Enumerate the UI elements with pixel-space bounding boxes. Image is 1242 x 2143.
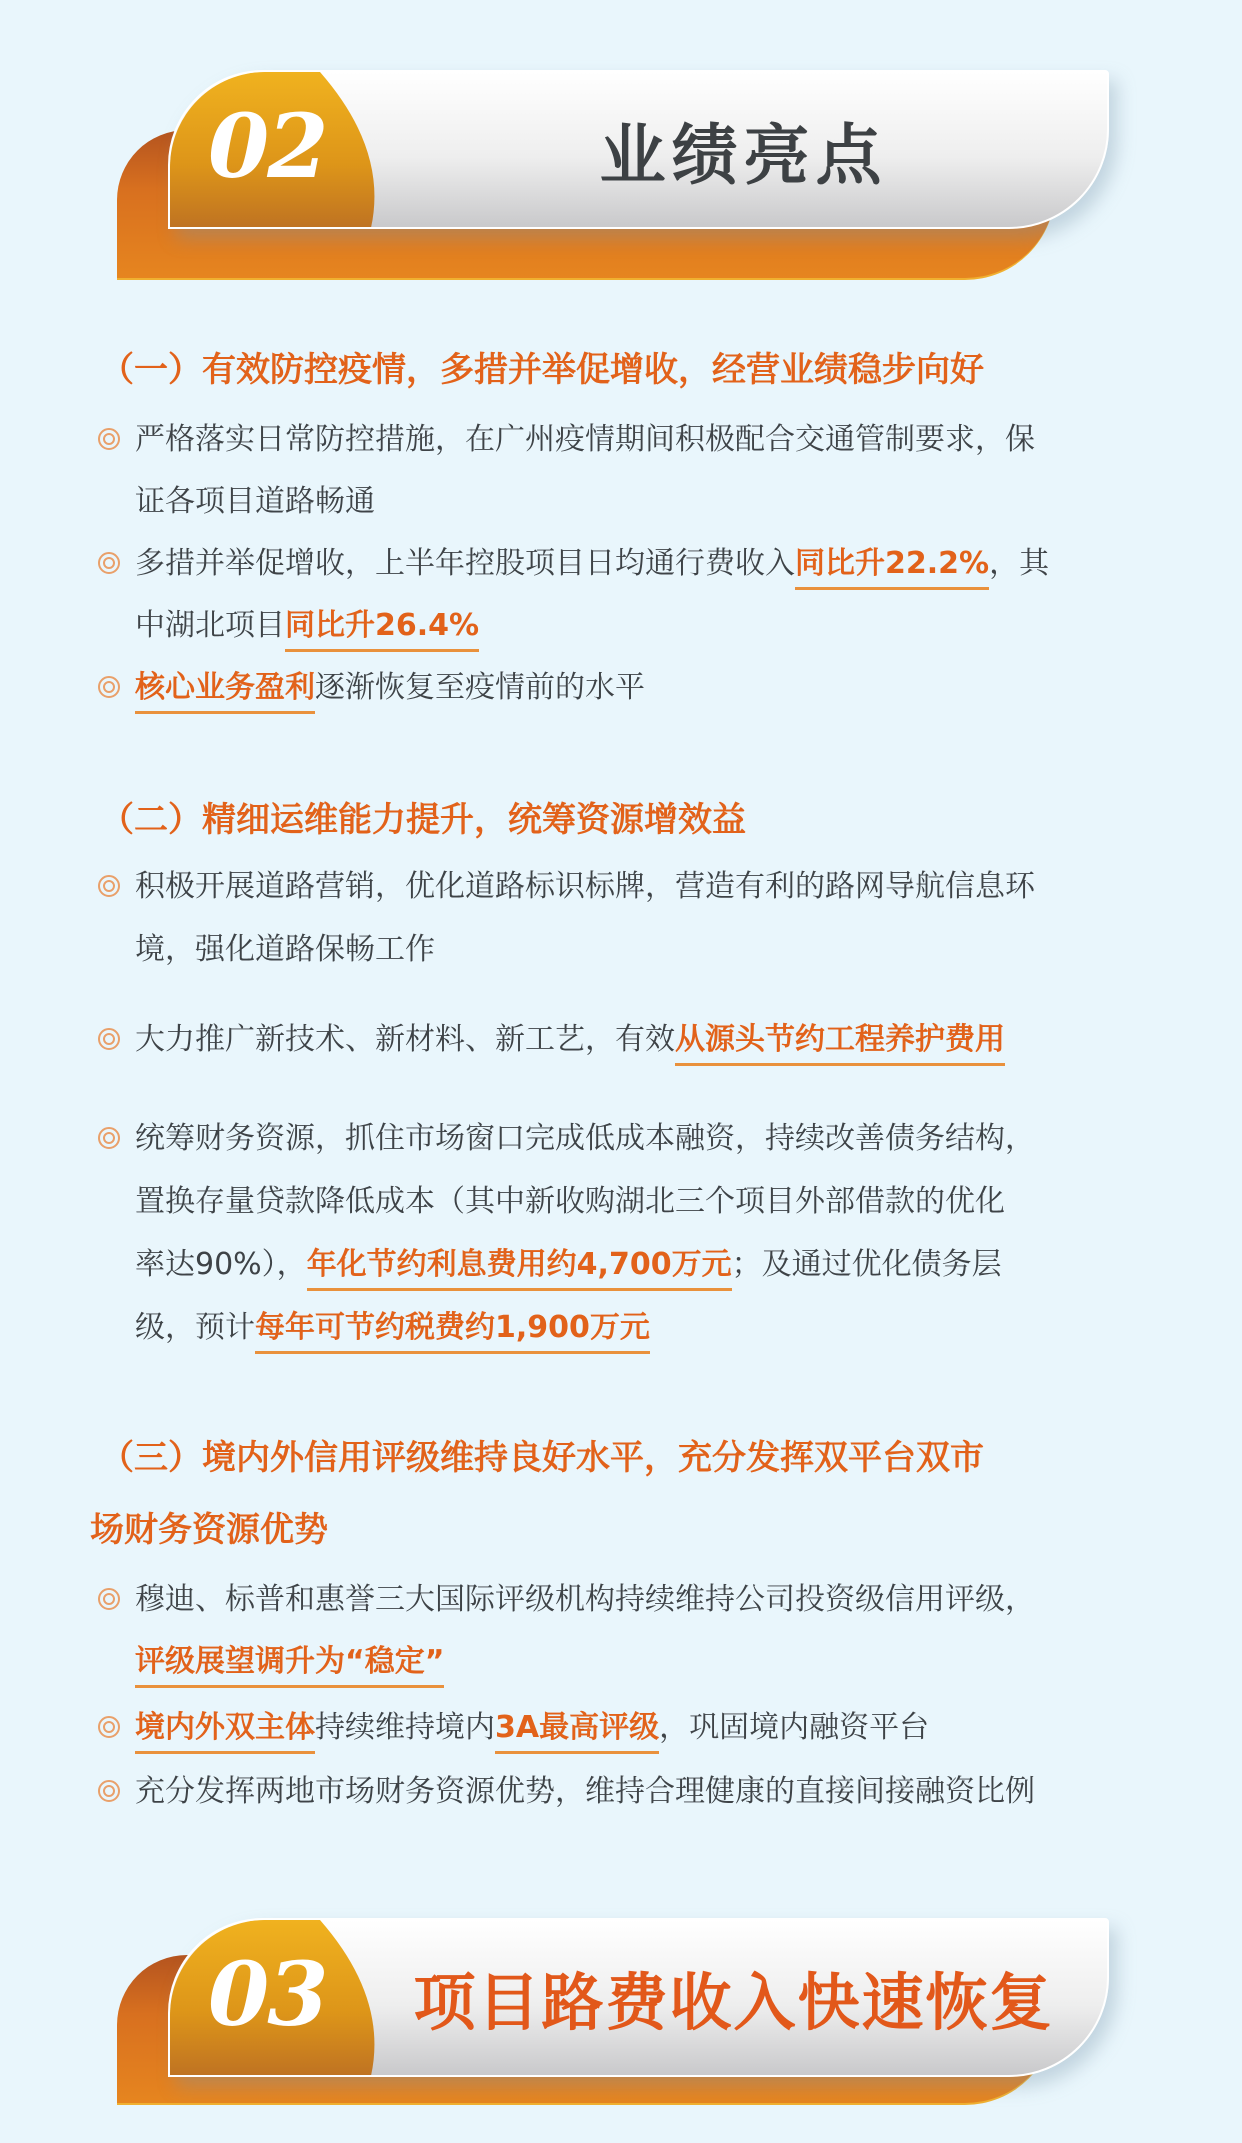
double-circle-bullet-icon [98, 676, 120, 698]
highlight-phrase: 评级展望调升为“稳定” [135, 1644, 444, 1688]
bullet-text: 穆迪、标普和惠誉三大国际评级机构持续维持公司投资级信用评级， [135, 1580, 1035, 1620]
double-circle-bullet-icon [98, 552, 120, 574]
text-segment: ；及通过优化债务层 [732, 1247, 1002, 1282]
section-banner-03: 03 项目路费收入快速恢复 [0, 0, 1242, 240]
highlight-metric: 每年可节约税费约1,900万元 [255, 1310, 650, 1354]
double-circle-bullet-icon [98, 1127, 120, 1149]
text-segment: ，其 [989, 546, 1049, 581]
highlight-metric: 同比升22.2% [795, 546, 989, 590]
highlight-phrase: 核心业务盈利 [135, 670, 315, 714]
double-circle-bullet-icon [98, 1588, 120, 1610]
bullet-text: 充分发挥两地市场财务资源优势，维持合理健康的直接间接融资比例 [135, 1772, 1035, 1812]
double-circle-bullet-icon [98, 1780, 120, 1802]
bullet-text: 境内外双主体持续维持境内3A最高评级，巩固境内融资平台 [135, 1708, 929, 1748]
text-segment: 多措并举促增收，上半年控股项目日均通行费收入 [135, 546, 795, 581]
bullet-text: 大力推广新技术、新材料、新工艺，有效从源头节约工程养护费用 [135, 1020, 1005, 1060]
bullet-text: 境，强化道路保畅工作 [135, 930, 435, 970]
double-circle-bullet-icon [98, 1028, 120, 1050]
bullet-text: 级，预计每年可节约税费约1,900万元 [135, 1308, 650, 1348]
bullet-text: 评级展望调升为“稳定” [135, 1642, 444, 1682]
bullet-text: 证各项目道路畅通 [135, 482, 375, 522]
bullet-text: 核心业务盈利逐渐恢复至疫情前的水平 [135, 668, 645, 708]
banner-card: 03 项目路费收入快速恢复 [168, 1918, 1109, 2077]
highlight-metric: 同比升26.4% [285, 608, 479, 652]
subsection-heading-3-cont: 场财务资源优势 [90, 1510, 328, 1550]
bullet-text: 中湖北项目同比升26.4% [135, 606, 479, 646]
bullet-text: 严格落实日常防控措施，在广州疫情期间积极配合交通管制要求，保 [135, 420, 1035, 460]
bullet-text: 置换存量贷款降低成本（其中新收购湖北三个项目外部借款的优化 [135, 1182, 1005, 1222]
highlight-phrase: 境内外双主体 [135, 1710, 315, 1754]
highlight-phrase: 从源头节约工程养护费用 [675, 1022, 1005, 1066]
section-number: 03 [208, 1942, 326, 2046]
text-segment: 率达90%）， [135, 1247, 307, 1282]
subsection-heading-1: （一）有效防控疫情，多措并举促增收，经营业绩稳步向好 [100, 350, 984, 390]
highlight-phrase: 3A最高评级 [495, 1710, 659, 1754]
double-circle-bullet-icon [98, 428, 120, 450]
section-title: 项目路费收入快速恢复 [360, 1920, 1107, 2075]
text-segment: 中湖北项目 [135, 608, 285, 643]
highlight-metric: 年化节约利息费用约4,700万元 [307, 1247, 732, 1291]
subsection-heading-2: （二）精细运维能力提升，统筹资源增效益 [100, 800, 746, 840]
bullet-text: 统筹财务资源，抓住市场窗口完成低成本融资，持续改善债务结构， [135, 1119, 1035, 1159]
text-segment: ，巩固境内融资平台 [659, 1710, 929, 1745]
text-segment: 大力推广新技术、新材料、新工艺，有效 [135, 1022, 675, 1057]
bullet-text: 率达90%），年化节约利息费用约4,700万元；及通过优化债务层 [135, 1245, 1002, 1285]
text-segment: 逐渐恢复至疫情前的水平 [315, 670, 645, 705]
bullet-text: 多措并举促增收，上半年控股项目日均通行费收入同比升22.2%，其 [135, 544, 1049, 584]
subsection-heading-3: （三）境内外信用评级维持良好水平，充分发挥双平台双市 [100, 1438, 984, 1478]
text-segment: 持续维持境内 [315, 1710, 495, 1745]
text-segment: 级，预计 [135, 1310, 255, 1345]
double-circle-bullet-icon [98, 875, 120, 897]
bullet-text: 积极开展道路营销，优化道路标识标牌，营造有利的路网导航信息环 [135, 867, 1035, 907]
double-circle-bullet-icon [98, 1716, 120, 1738]
